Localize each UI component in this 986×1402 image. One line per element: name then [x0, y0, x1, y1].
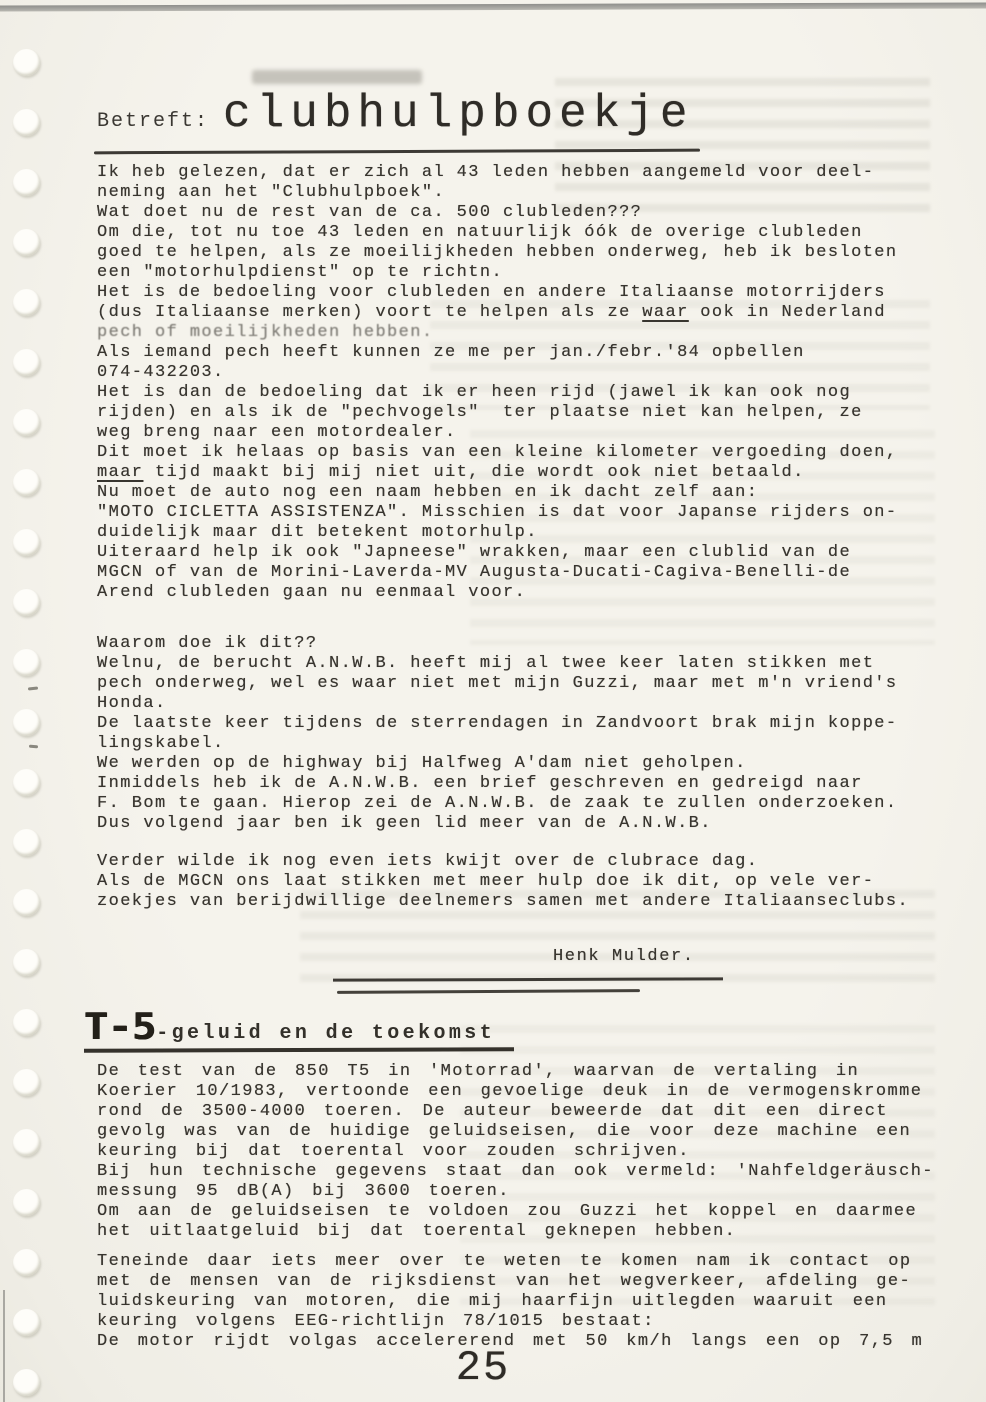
- binder-hole: [13, 1129, 40, 1156]
- margin-mark: [28, 686, 38, 690]
- binder-hole: [13, 589, 40, 616]
- text-line: pech onderweg, wel es waar niet met mijn…: [97, 674, 898, 694]
- binder-hole: [13, 289, 40, 316]
- text-line: Welnu, de berucht A.N.W.B. heeft mij al …: [97, 654, 898, 674]
- text-line: Wat doet nu de rest van de ca. 500 clubl…: [97, 203, 898, 223]
- text-line: Het is de bedoeling voor clubleden en an…: [97, 283, 898, 303]
- binder-hole: [13, 529, 40, 556]
- binder-hole: [13, 829, 40, 856]
- binder-hole: [13, 769, 40, 796]
- text-line: Ik heb gelezen, dat er zich al 43 leden …: [97, 163, 898, 183]
- text-line: gevolg was van de huidige geluidseisen, …: [97, 1122, 934, 1142]
- text-line: keuring volgens EEG-richtlijn 78/1015 be…: [97, 1312, 923, 1332]
- text-line: Als de MGCN ons laat stikken met meer hu…: [97, 872, 909, 892]
- binder-hole: [13, 949, 40, 976]
- binder-hole: [13, 109, 40, 136]
- title-underline: [94, 149, 700, 155]
- text-line: "MOTO CICLETTA ASSISTENZA". Misschien is…: [97, 503, 898, 523]
- text-line: rijden) en als ik de "pechvogels" ter pl…: [97, 403, 898, 423]
- binder-hole: [13, 709, 40, 736]
- article-paragraph-2: Teneinde daar iets meer over te weten te…: [97, 1252, 923, 1352]
- binder-hole: [13, 1009, 40, 1036]
- text-line: Arend clubleden gaan nu eenmaal voor.: [97, 583, 898, 603]
- margin-mark: [29, 745, 38, 749]
- text-line: Waarom doe ik dit??: [97, 634, 898, 654]
- binder-hole: [13, 409, 40, 436]
- binder-hole: [13, 1309, 40, 1336]
- text-line: De test van de 850 T5 in 'Motorrad', waa…: [97, 1062, 934, 1082]
- subject-label: Betreft:: [97, 110, 209, 133]
- binder-hole: [13, 1189, 40, 1216]
- text-line: Koerier 10/1983, vertoonde een gevoelige…: [97, 1082, 934, 1102]
- signature-underline-stroke: [337, 989, 640, 994]
- letter-paragraph-2: Waarom doe ik dit??Welnu, de berucht A.N…: [97, 634, 898, 834]
- page-title: clubhulpboekje: [223, 88, 693, 140]
- binder-hole: [13, 1069, 40, 1096]
- section-heading-underline: [84, 1047, 514, 1053]
- text-line: Om aan de geluidseisen te voldoen zou Gu…: [97, 1202, 934, 1222]
- text-line: MGCN of van de Morini-Laverda-MV Augusta…: [97, 563, 898, 583]
- text-line: messung 95 dB(A) bij 3600 toeren.: [97, 1182, 934, 1202]
- letter-paragraph-1: Ik heb gelezen, dat er zich al 43 leden …: [97, 163, 898, 603]
- page-number: 25: [0, 1344, 976, 1392]
- text-line: Nu moet de auto nog een naam hebben en i…: [97, 483, 898, 503]
- text-line: luidskeuring van motoren, die mij haarfi…: [97, 1292, 923, 1312]
- text-line: rond de 3500-4000 toeren. De auteur bewe…: [97, 1102, 934, 1122]
- text-line: goed te helpen, als ze moeilijkheden heb…: [97, 243, 898, 263]
- text-line: neming aan het "Clubhulpboek".: [97, 183, 898, 203]
- text-line: 074-432203.: [97, 363, 898, 383]
- text-line: (dus Italiaanse merken) voort te helpen …: [97, 303, 898, 323]
- text-line: De laatste keer tijdens de sterrendagen …: [97, 714, 898, 734]
- text-line: Verder wilde ik nog even iets kwijt over…: [97, 852, 909, 872]
- text-line: Honda.: [97, 694, 898, 714]
- text-line: lingskabel.: [97, 734, 898, 754]
- text-line: Teneinde daar iets meer over te weten te…: [97, 1252, 923, 1272]
- text-line: Het is dan de bedoeling dat ik er heen r…: [97, 383, 898, 403]
- text-line: Als iemand pech heeft kunnen ze me per j…: [97, 343, 898, 363]
- binder-hole: [13, 469, 40, 496]
- text-line: maar tijd maakt bij mij niet uit, die wo…: [97, 463, 898, 483]
- article-paragraph-1: De test van de 850 T5 in 'Motorrad', waa…: [97, 1062, 934, 1242]
- ink-smudge: [252, 70, 422, 84]
- text-line: Dus volgend jaar ben ik geen lid meer va…: [97, 814, 898, 834]
- section-heading: T-5 -geluid en de toekomst: [84, 1002, 495, 1048]
- text-line: weg breng naar een motordealer.: [97, 423, 898, 443]
- text-line: keuring bij dat toerental voor zouden sc…: [97, 1142, 934, 1162]
- section-heading-subtitle: -geluid en de toekomst: [156, 1022, 495, 1045]
- signature: Henk Mulder.: [553, 947, 695, 966]
- text-line: Uiteraard help ik ook "Japneese" wrakken…: [97, 543, 898, 563]
- binder-hole: [13, 49, 40, 76]
- binder-hole: [13, 169, 40, 196]
- text-line: met de mensen van de rijksdienst van het…: [97, 1272, 923, 1292]
- binder-hole: [13, 649, 40, 676]
- text-line: Dit moet ik helaas op basis van een klei…: [97, 443, 898, 463]
- binder-hole: [13, 229, 40, 256]
- text-line: Bij hun technische gegevens staat dan oo…: [97, 1162, 934, 1182]
- text-line: Inmiddels heb ik de A.N.W.B. een brief g…: [97, 774, 898, 794]
- text-line: Om die, tot nu toe 43 leden en natuurlij…: [97, 223, 898, 243]
- scanned-page: Betreft: clubhulpboekje Ik heb gelezen, …: [0, 0, 986, 1402]
- scan-top-edge: [0, 2, 986, 11]
- text-line: een "motorhulpdienst" op te richtn.: [97, 263, 898, 283]
- signature-underline: [333, 977, 723, 981]
- binder-hole: [13, 1249, 40, 1276]
- subject-heading: Betreft: clubhulpboekje: [97, 88, 693, 140]
- text-line: F. Bom te gaan. Hierop zei de A.N.W.B. d…: [97, 794, 898, 814]
- section-heading-t5: T-5: [84, 1006, 156, 1048]
- text-line: het uitlaatgeluid bij dat toerental gekn…: [97, 1222, 934, 1242]
- letter-paragraph-3: Verder wilde ik nog even iets kwijt over…: [97, 852, 909, 912]
- text-line: We werden op de highway bij Halfweg A'da…: [97, 754, 898, 774]
- text-line: pech of moeilijkheden hebben.: [97, 323, 898, 343]
- binder-hole: [13, 349, 40, 376]
- text-line: duidelijk maar dit betekent motorhulp.: [97, 523, 898, 543]
- binder-hole: [13, 889, 40, 916]
- text-line: zoekjes van berijdwillige deelnemers sam…: [97, 892, 909, 912]
